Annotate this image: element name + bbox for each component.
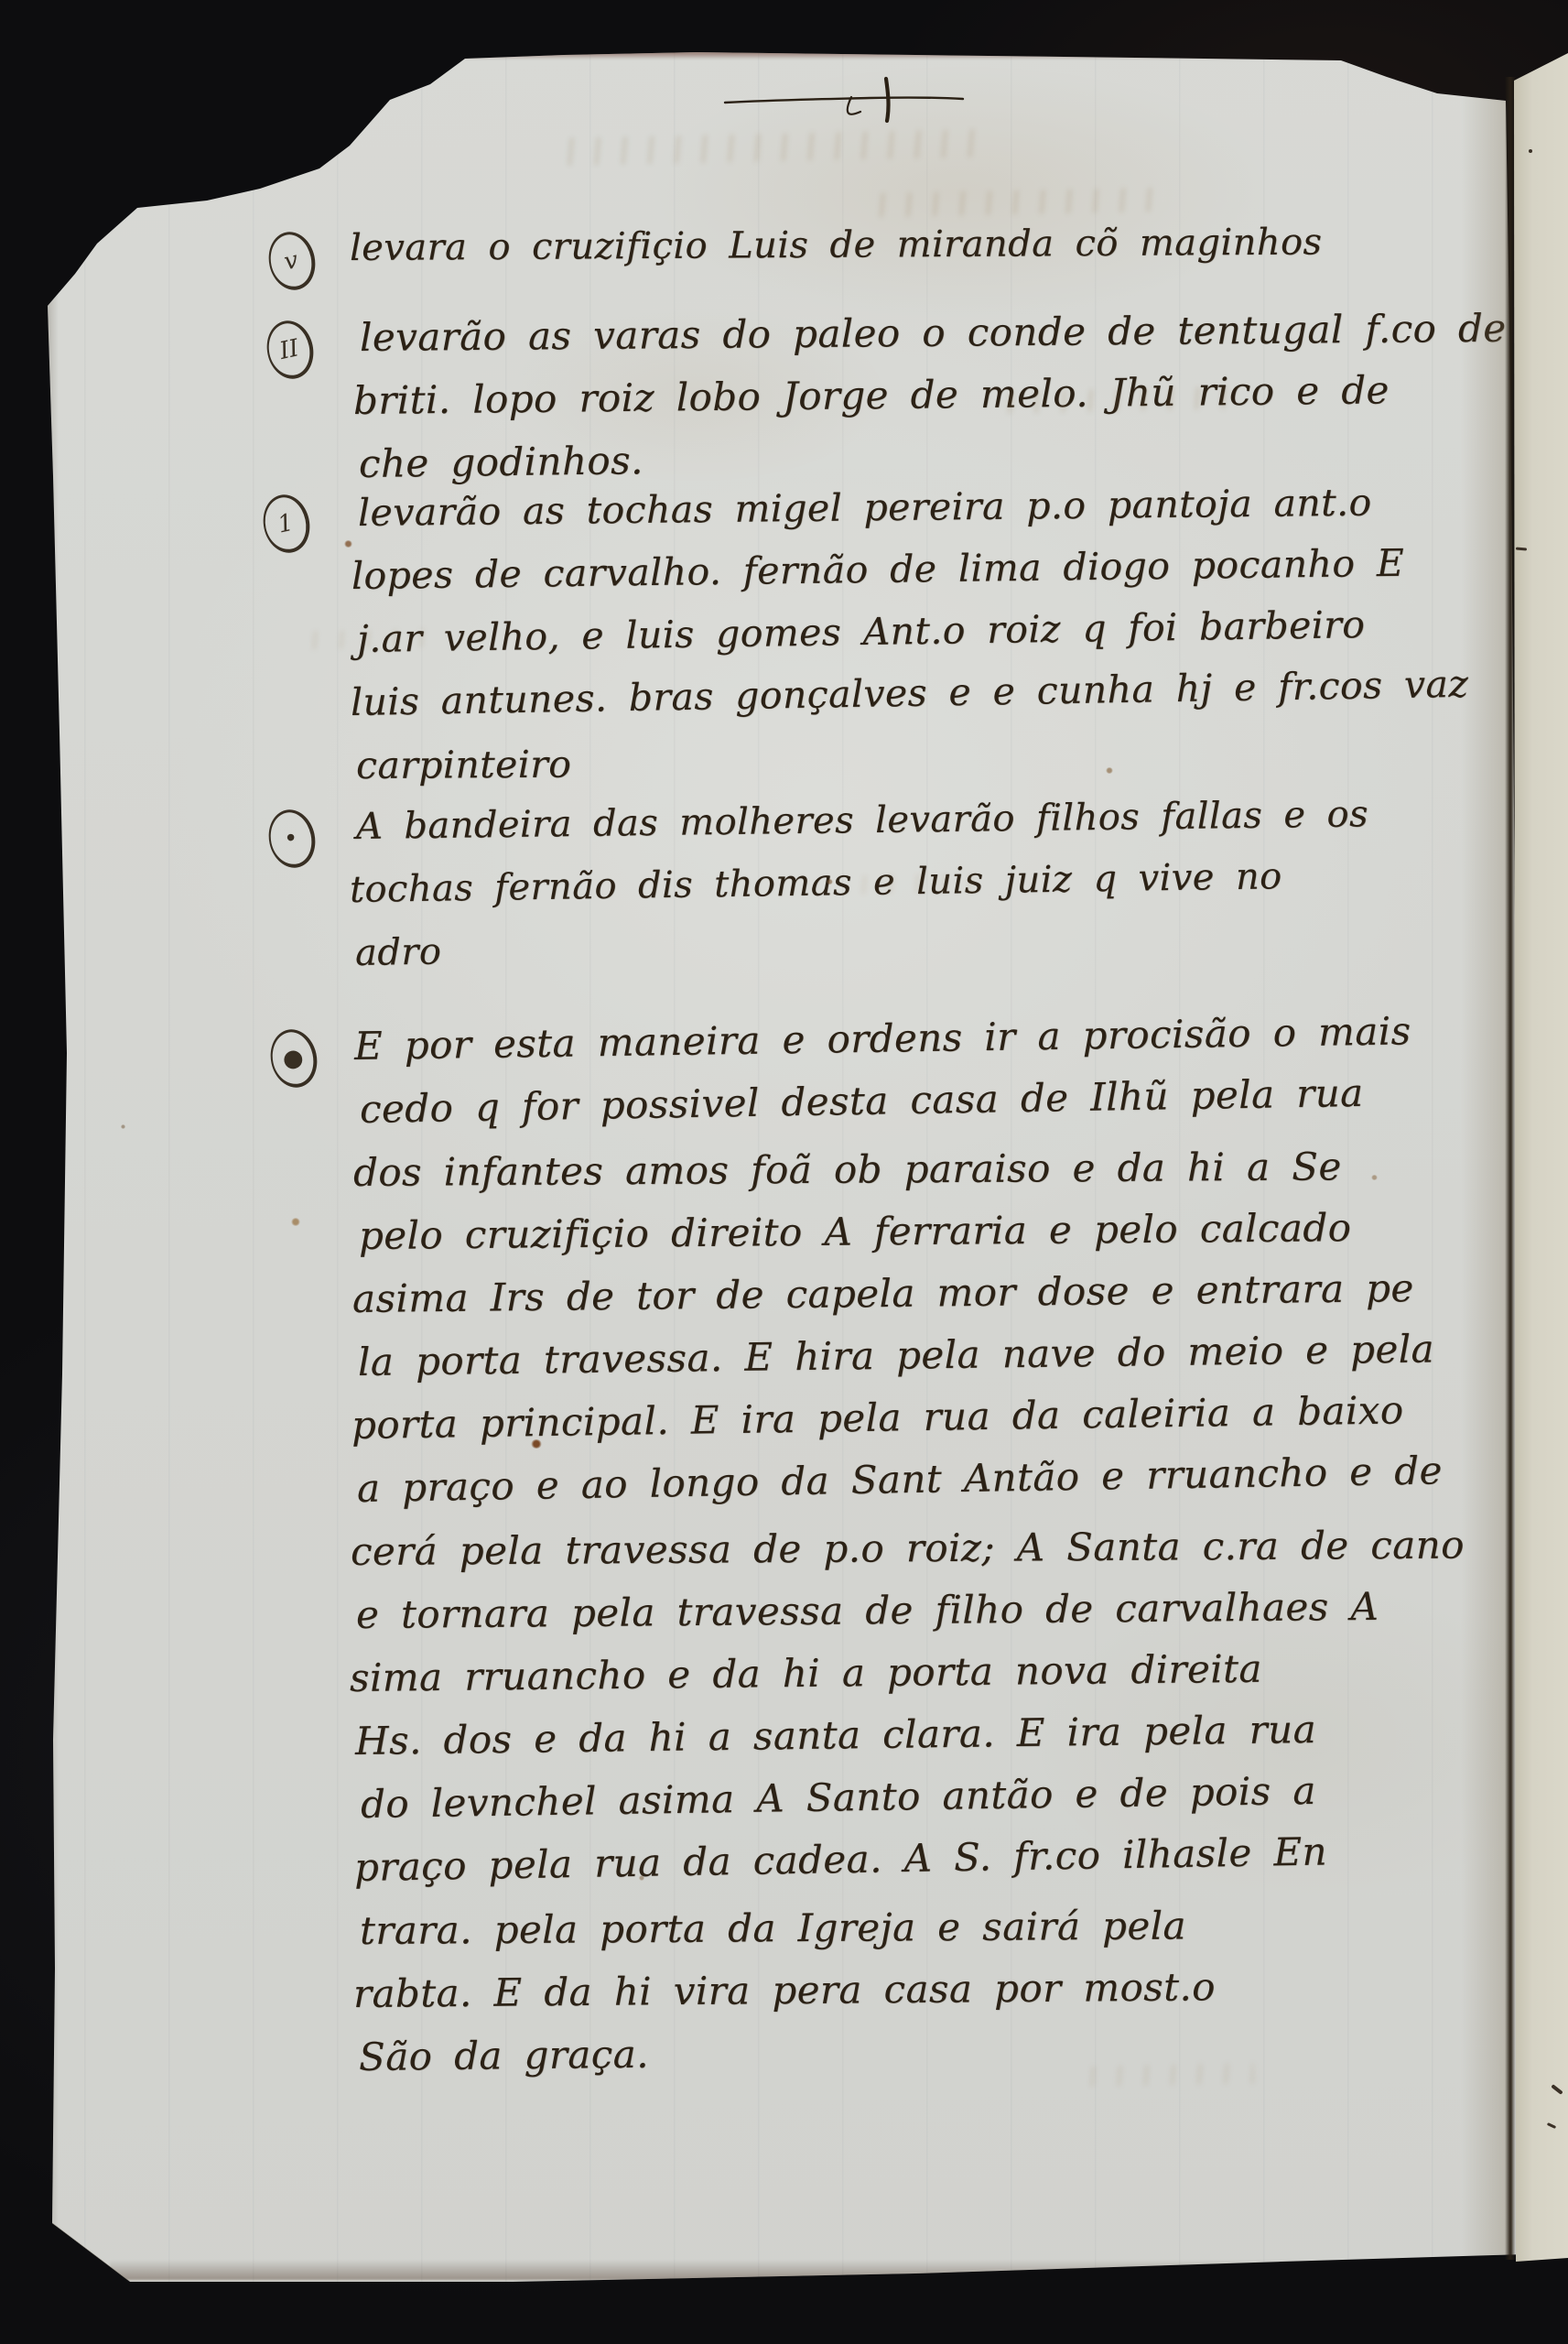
- ink-speck: [1547, 2122, 1556, 2129]
- manuscript-line: trara. pela porta da Igreja e sairá pela: [360, 1903, 1186, 1953]
- manuscript-line: levara o cruzifiçio Luis de miranda cõ m…: [350, 222, 1323, 269]
- manuscript-line: e tornara pela travessa de filho de carv…: [356, 1584, 1379, 1637]
- ink-speck: [1516, 547, 1527, 550]
- corner-fold-crease: [49, 2221, 130, 2283]
- foxing-spot: [121, 1124, 125, 1129]
- item-marker: II: [262, 317, 319, 384]
- ink-bleedthrough-mark: [870, 188, 1172, 218]
- foxing-spot: [344, 540, 352, 548]
- book-gutter: [1505, 77, 1516, 2260]
- manuscript-line: carpinteiro: [356, 743, 572, 787]
- manuscript-line: briti. lopo roiz lobo Jorge de melo. Jhũ…: [353, 367, 1390, 423]
- foxing-spot: [291, 1218, 300, 1226]
- manuscript-line: São da graça.: [359, 2032, 649, 2079]
- foxing-spot: [1371, 1175, 1378, 1180]
- manuscript-line: luis antunes. bras gonçalves e e cunha h…: [351, 662, 1469, 724]
- manuscript-line: adro: [355, 930, 442, 974]
- manuscript-line: levarão as tochas migel pereira p.o pant…: [358, 481, 1372, 535]
- manuscript-line: pelo cruzifiçio direito A ferraria e pel…: [359, 1205, 1352, 1258]
- item-marker: ●: [265, 1025, 322, 1092]
- ink-speck: [1529, 149, 1532, 153]
- manuscript-line: Hs. dos e da hi a santa clara. E ira pel…: [355, 1707, 1317, 1763]
- manuscript-line: j.ar velho, e luis gomes Ant.o roiz q fo…: [357, 602, 1366, 661]
- manuscript-line: E por esta maneira e ordens ir a procisã…: [354, 1008, 1411, 1069]
- manuscript-line: tochas fernão dis thomas e luis juiz q v…: [350, 855, 1282, 911]
- manuscript-line: cerá pela travessa de p.o roiz; A Santa …: [351, 1523, 1465, 1574]
- foxing-spot: [827, 879, 833, 884]
- page-bottom-edge-shadow: [110, 2260, 1525, 2280]
- manuscript-line: rabta. E da hi vira pera casa por most.o: [353, 1964, 1216, 2016]
- manuscript-line: la porta travessa. E hira pela nave do m…: [358, 1326, 1435, 1384]
- foxing-spot: [531, 1439, 542, 1449]
- manuscript-line: lopes de carvalho. fernão de lima diogo …: [351, 541, 1405, 598]
- ink-bleedthrough-mark: [851, 874, 979, 895]
- ink-speck: [1551, 2084, 1563, 2095]
- page-top-edge-shadow: [458, 51, 1510, 60]
- item-marker: •: [264, 806, 320, 873]
- item-marker: 1: [258, 491, 315, 558]
- item-marker: v: [264, 228, 320, 295]
- ink-bleedthrough-mark: [558, 129, 989, 166]
- invocation-cross-mark: [723, 75, 979, 126]
- manuscript-line: porta principal. E ira pela rua da calei…: [351, 1387, 1404, 1448]
- manuscript-line: sima rruancho e da hi a porta nova direi…: [350, 1646, 1262, 1700]
- foxing-spot: [639, 1875, 644, 1881]
- manuscript-line: do levnchel asima A Santo antão e de poi…: [361, 1768, 1316, 1827]
- page-left-edge-shadow: [46, 266, 59, 2243]
- manuscript-line: che godinhos.: [359, 438, 643, 486]
- manuscript-line: levarão as varas do paleo o conde de ten…: [360, 306, 1507, 360]
- ink-bleedthrough-mark: [1080, 2063, 1254, 2087]
- adjacent-page-edge: [1514, 53, 1568, 2263]
- manuscript-line: a praço e ao longo da Sant Antão e rruan…: [357, 1448, 1444, 1511]
- manuscript-line: cedo q for possivel desta casa de Ilhũ p…: [360, 1070, 1364, 1132]
- manuscript-page: vlevara o cruzifiçio Luis de miranda cõ …: [0, 0, 1568, 2344]
- manuscript-line: praço pela rua da cadea. A S. fr.co ilha…: [354, 1829, 1328, 1890]
- manuscript-line: A bandeira das molheres levarão filhos f…: [356, 793, 1369, 848]
- manuscript-line: dos infantes amos foã ob paraiso e da hi…: [353, 1144, 1342, 1195]
- manuscript-line: asima Irs de tor de capela mor dose e en…: [352, 1265, 1414, 1321]
- foxing-spot: [1106, 767, 1113, 774]
- ink-bleedthrough-mark: [302, 628, 439, 649]
- photo-background: vlevara o cruzifiçio Luis de miranda cõ …: [0, 0, 1568, 2344]
